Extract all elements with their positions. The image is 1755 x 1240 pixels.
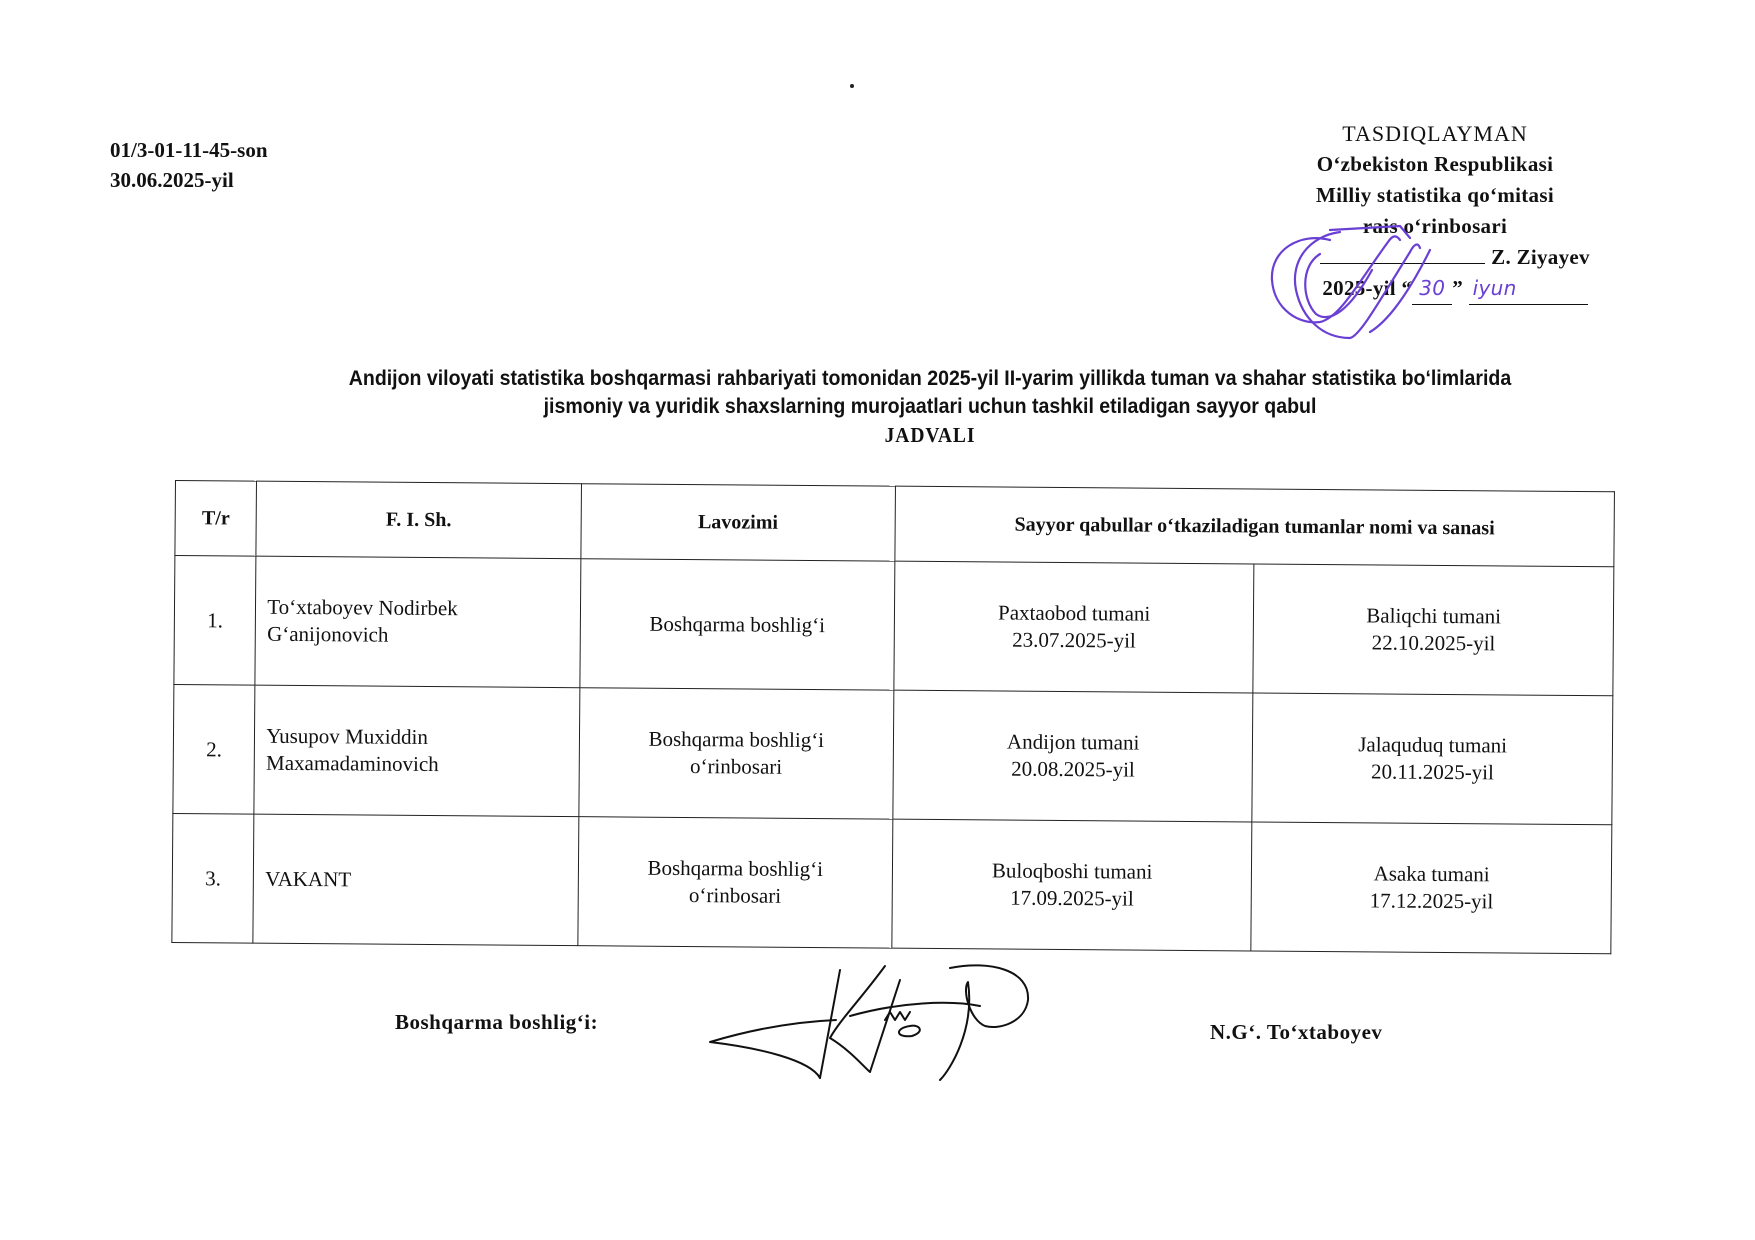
position-line1: Boshqarma boshlig‘i xyxy=(580,854,891,883)
table-row: 2. Yusupov Muxiddin Maxamadaminovich Bos… xyxy=(173,684,1613,824)
date: 17.12.2025-yil xyxy=(1253,886,1610,916)
row-position: Boshqarma boshlig‘i o‘rinbosari xyxy=(579,688,894,819)
document-title: Andijon viloyati statistika boshqarmasi … xyxy=(242,365,1618,449)
district: Asaka tumani xyxy=(1253,859,1610,889)
approval-heading: TASDIQLAYMAN xyxy=(1235,118,1635,149)
reference-number: 01/3-01-11-45-son xyxy=(110,135,268,165)
header-num: T/r xyxy=(175,481,257,557)
head-signature-icon xyxy=(700,960,1100,1090)
scan-speck xyxy=(850,84,854,88)
header-locations: Sayyor qabullar o‘tkaziladigan tumanlar … xyxy=(895,486,1615,567)
date: 17.09.2025-yil xyxy=(894,884,1251,914)
district: Buloqboshi tumani xyxy=(894,857,1251,887)
approval-org-line2: Milliy statistika qo‘mitasi xyxy=(1235,180,1635,211)
header-position: Lavozimi xyxy=(581,484,896,561)
title-line2: jismoniy va yuridik shaxslarning murojaa… xyxy=(242,393,1618,421)
table-header-row: T/r F. I. Sh. Lavozimi Sayyor qabullar o… xyxy=(175,481,1615,567)
position-line1: Boshqarma boshlig‘i xyxy=(581,725,892,754)
row-location-1: Paxtaobod tumani 23.07.2025-yil xyxy=(894,561,1254,693)
footer-label: Boshqarma boshlig‘i: xyxy=(395,1010,598,1035)
footer-signatory: N.G‘. To‘xtaboyev xyxy=(1210,1020,1382,1045)
table-row: 1. To‘xtaboyev Nodirbek G‘anijonovich Bo… xyxy=(174,556,1614,696)
title-line1: Andijon viloyati statistika boshqarmasi … xyxy=(242,365,1618,393)
date: 23.07.2025-yil xyxy=(896,626,1253,656)
name-line2: G‘anijonovich xyxy=(267,621,579,650)
date: 20.11.2025-yil xyxy=(1254,757,1611,787)
district: Andijon tumani xyxy=(895,728,1252,758)
header-name: F. I. Sh. xyxy=(256,481,581,559)
row-name: To‘xtaboyev Nodirbek G‘anijonovich xyxy=(255,556,580,688)
district: Baliqchi tumani xyxy=(1255,601,1612,631)
row-location-2: Asaka tumani 17.12.2025-yil xyxy=(1251,822,1612,954)
table-row: 3. VAKANT Boshqarma boshlig‘i o‘rinbosar… xyxy=(172,813,1612,953)
district: Jalaquduq tumani xyxy=(1254,730,1611,760)
position-line2: o‘rinbosari xyxy=(579,881,890,910)
row-location-2: Jalaquduq tumani 20.11.2025-yil xyxy=(1252,693,1613,825)
approval-org-line1: O‘zbekiston Respublikasi xyxy=(1235,149,1635,180)
district: Paxtaobod tumani xyxy=(896,599,1253,629)
reference-date: 30.06.2025-yil xyxy=(110,165,268,195)
approval-signature-icon xyxy=(1260,210,1460,350)
row-location-1: Buloqboshi tumani 17.09.2025-yil xyxy=(892,819,1252,951)
row-location-1: Andijon tumani 20.08.2025-yil xyxy=(893,690,1253,822)
row-num: 2. xyxy=(173,684,255,814)
row-num: 1. xyxy=(174,556,256,686)
name-line1: VAKANT xyxy=(265,865,577,894)
document-reference: 01/3-01-11-45-son 30.06.2025-yil xyxy=(110,135,268,195)
position-line2: o‘rinbosari xyxy=(580,752,891,781)
name-line1: Yusupov Muxiddin xyxy=(266,723,578,752)
date: 20.08.2025-yil xyxy=(895,755,1252,785)
position-line1: Boshqarma boshlig‘i xyxy=(581,610,892,639)
title-line3: JADVALI xyxy=(242,421,1618,449)
reception-schedule-table: T/r F. I. Sh. Lavozimi Sayyor qabullar o… xyxy=(171,480,1615,954)
row-name: VAKANT xyxy=(253,814,578,946)
row-num: 3. xyxy=(172,813,254,943)
name-line1: To‘xtaboyev Nodirbek xyxy=(267,594,579,623)
date: 22.10.2025-yil xyxy=(1255,628,1612,658)
row-position: Boshqarma boshlig‘i o‘rinbosari xyxy=(578,817,893,948)
approval-month: iyun xyxy=(1469,273,1588,305)
row-location-2: Baliqchi tumani 22.10.2025-yil xyxy=(1253,564,1614,696)
approval-signatory: Z. Ziyayev xyxy=(1491,245,1590,269)
name-line2: Maxamadaminovich xyxy=(266,750,578,779)
row-position: Boshqarma boshlig‘i xyxy=(580,559,895,690)
row-name: Yusupov Muxiddin Maxamadaminovich xyxy=(254,685,579,817)
